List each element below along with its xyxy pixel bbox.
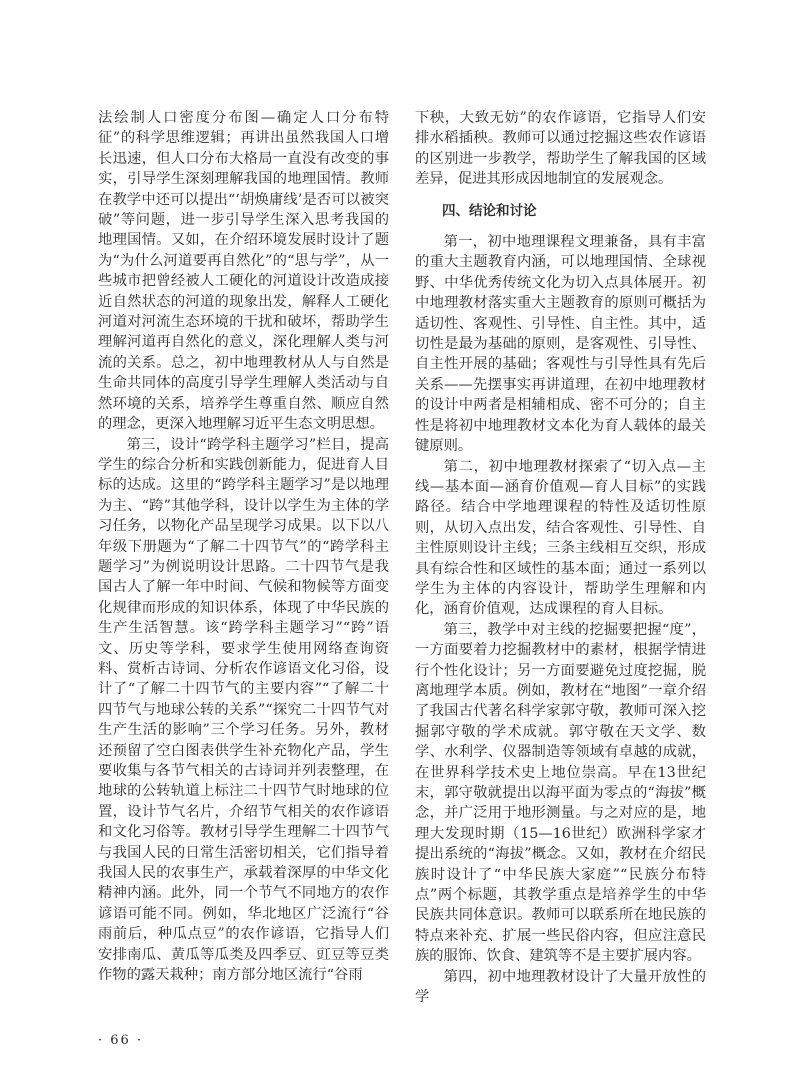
paragraph-continued: 下秧，大致无妨”的农作谚语，它指导人们安排水稻插秧。教师可以通过挖掘这些农作谚语… [415, 108, 706, 190]
paragraph-conclusion-first: 第一，初中地理课程文理兼备，具有丰富的重大主题教育内涵，可以地理国情、全球视野、… [415, 232, 706, 456]
paragraph-conclusion-second: 第二，初中地理教材探索了“切入点—主线—基本面—涵育价值观—育人目标”的实践路径… [415, 457, 706, 620]
page-number: · 66 · [98, 1033, 143, 1048]
paragraph-conclusion-third: 第三，教学中对主线的挖掘要把握“度”，一方面要着力挖掘教材中的素材，根据学情进行… [415, 620, 706, 967]
paragraph-third-point: 第三，设计“跨学科主题学习”栏目，提高学生的综合分析和实践创新能力，促进育人目标… [98, 435, 389, 986]
paragraph-continued: 法绘制人口密度分布图—确定人口分布特征”的科学思维逻辑；再讲出虽然我国人口增长迅… [98, 108, 389, 435]
paragraph-conclusion-fourth: 第四，初中地理教材设计了大量开放性的学 [415, 967, 706, 1008]
right-column: 下秧，大致无妨”的农作谚语，它指导人们安排水稻插秧。教师可以通过挖掘这些农作谚语… [415, 108, 706, 1007]
left-column: 法绘制人口密度分布图—确定人口分布特征”的科学思维逻辑；再讲出虽然我国人口增长迅… [98, 108, 389, 985]
section-heading: 四、结论和讨论 [415, 201, 706, 221]
